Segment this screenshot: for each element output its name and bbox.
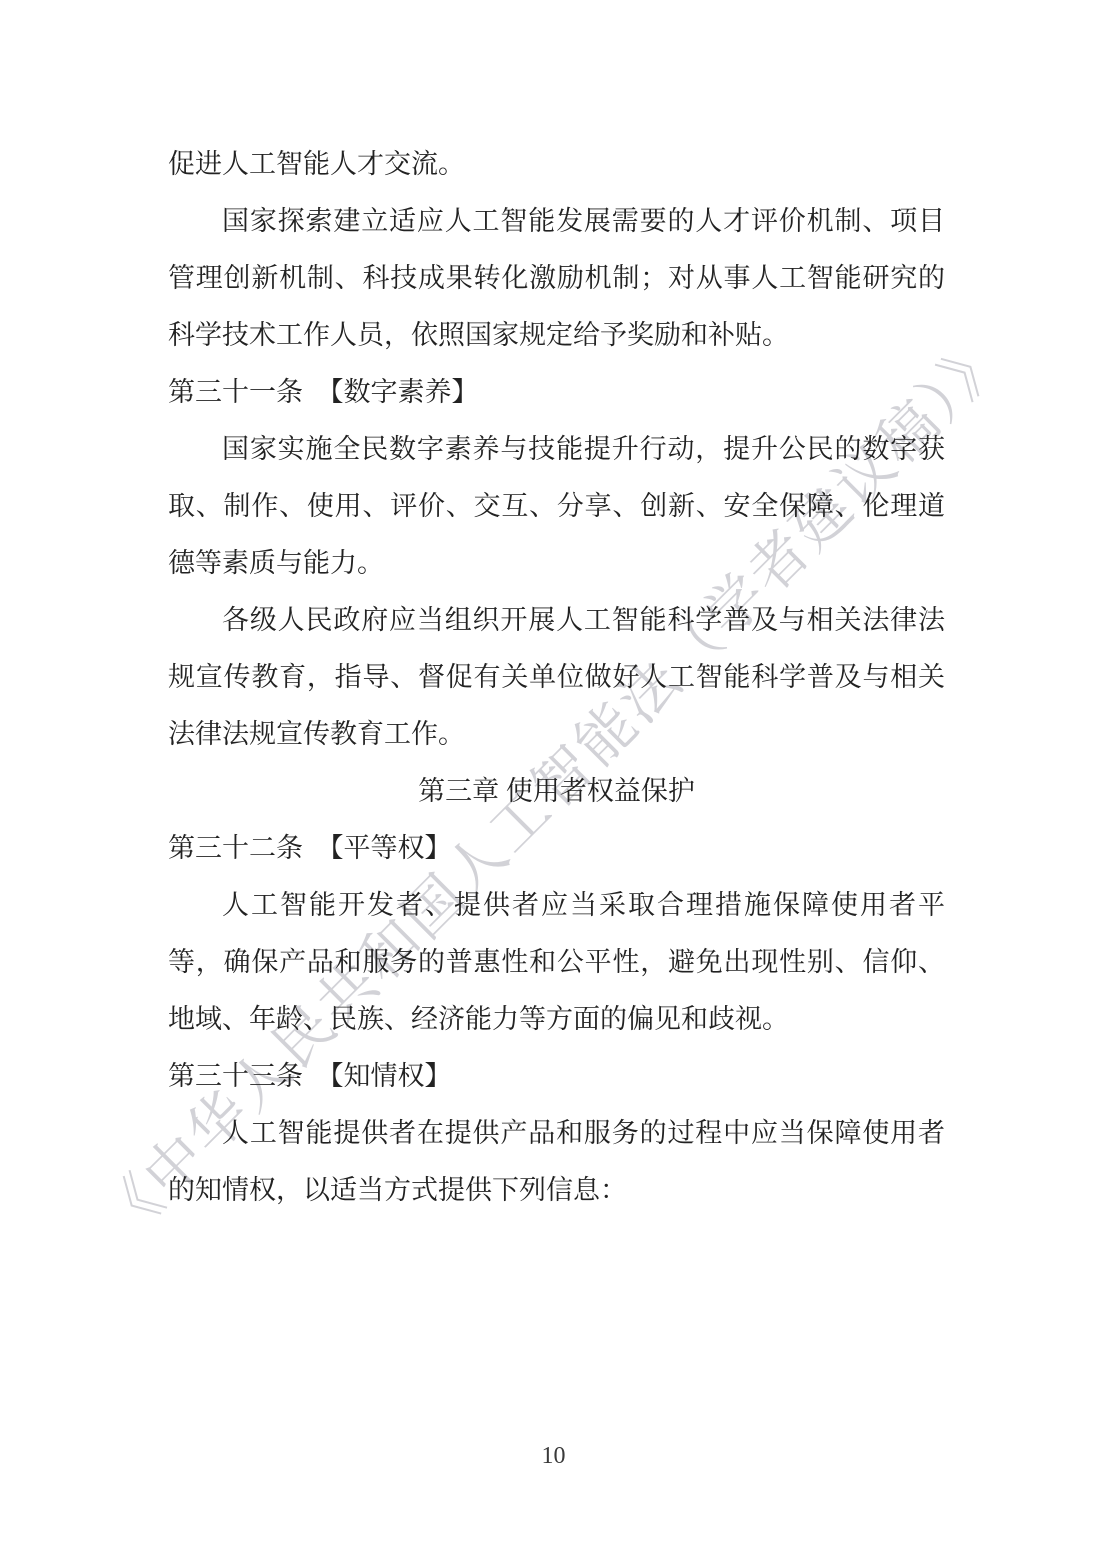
paragraph-talent-mechanisms: 国家探索建立适应人工智能发展需要的人才评价机制、项目管理创新机制、科技成果转化激… <box>168 193 945 364</box>
document-content: 促进人工智能人才交流。 国家探索建立适应人工智能发展需要的人才评价机制、项目管理… <box>0 0 1107 1219</box>
paragraph-government-popularization: 各级人民政府应当组织开展人工智能科学普及与相关法律法规宣传教育，指导、督促有关单… <box>168 592 945 763</box>
paragraph-equality-measures: 人工智能开发者、提供者应当采取合理措施保障使用者平等，确保产品和服务的普惠性和公… <box>168 877 945 1048</box>
article-heading-31-digital-literacy: 第三十一条 【数字素养】 <box>168 364 945 421</box>
article-heading-32-equality-right: 第三十二条 【平等权】 <box>168 820 945 877</box>
paragraph-continuation: 促进人工智能人才交流。 <box>168 136 945 193</box>
paragraph-right-to-know-intro: 人工智能提供者在提供产品和服务的过程中应当保障使用者的知情权，以适当方式提供下列… <box>168 1105 945 1219</box>
page-number: 10 <box>0 1441 1107 1471</box>
document-page: 《中华人民共和国人工智能法（学者建议稿）》 促进人工智能人才交流。 国家探索建立… <box>0 0 1107 1565</box>
paragraph-digital-literacy-action: 国家实施全民数字素养与技能提升行动，提升公民的数字获取、制作、使用、评价、交互、… <box>168 421 945 592</box>
article-heading-33-right-to-know: 第三十三条 【知情权】 <box>168 1048 945 1105</box>
chapter-heading-3-user-rights: 第三章 使用者权益保护 <box>168 763 945 820</box>
